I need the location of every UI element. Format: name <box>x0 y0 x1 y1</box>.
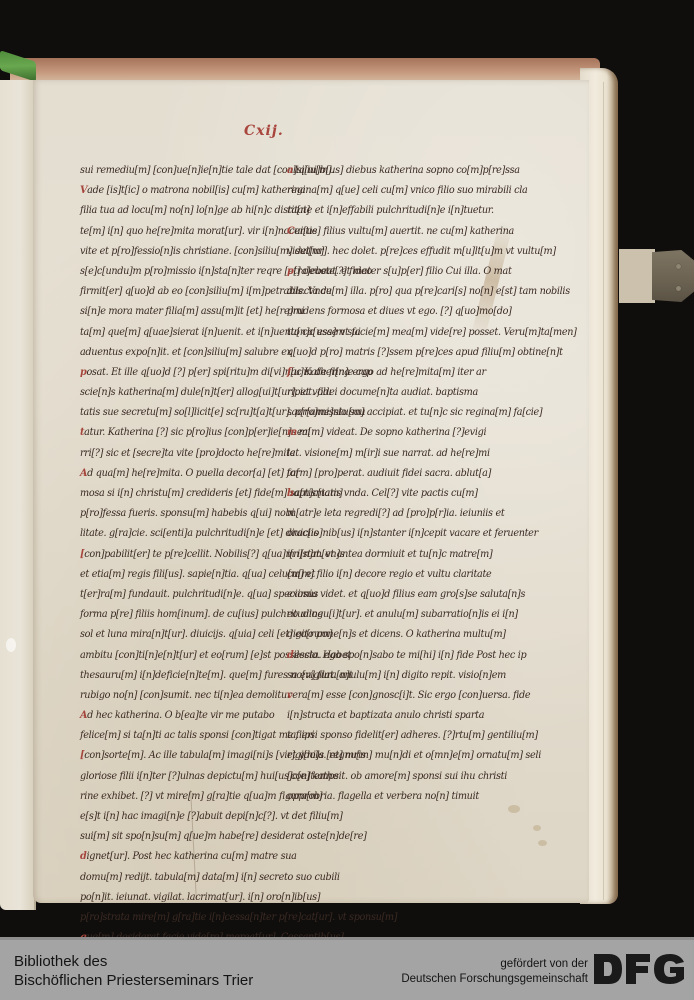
manuscript-line: tu[n]c esse vt facie[m] mea[m] vide[re] … <box>287 322 577 342</box>
manuscript-line: videt[ur]. hec dolet. p[re]ces effudit m… <box>287 241 577 261</box>
rubric-initial: V <box>80 184 87 196</box>
manuscript-line: ta. ipsi sponso fidelit[er] adheres. [?]… <box>287 725 577 745</box>
manuscript-line: aliq[ui]b[us] diebus katherina sopno co[… <box>287 160 577 180</box>
text-column-right: aliq[ui]b[us] diebus katherina sopno co[… <box>287 160 577 806</box>
manuscript-line: i[n]stat. vt antea dormiuit et tu[n]c ma… <box>287 544 577 564</box>
institution-name: Bibliothek des Bischöflichen Priestersem… <box>14 952 253 990</box>
manuscript-line: sacr[ame]ntu[m] accipiat. et tu[n]c sic … <box>287 402 577 422</box>
rubric-initial: d <box>80 850 86 862</box>
manuscript-line: ripiat. fidei docume[n]ta audiat. baptis… <box>287 382 577 402</box>
rubric-initial: [ <box>80 749 84 761</box>
rubric-initial: C <box>287 225 294 237</box>
manuscript-line: prudens formosa et diues vt ego. [?] q[u… <box>287 301 577 321</box>
funding-line-2: Deutschen Forschungsgemeinschaft <box>401 972 588 987</box>
manuscript-line: baptismatis vnda. Cel[?] vite pactis cu[… <box>287 483 577 503</box>
rubric-initial: t <box>80 426 84 438</box>
manuscript-line: po[n]it. ieiunat. vigilat. lacrimat[ur].… <box>80 887 397 907</box>
manuscript-line: domu[m] redijt. tabula[m] data[m] i[n] s… <box>80 867 397 887</box>
metal-clasp-icon <box>652 250 694 302</box>
manuscript-line: ritate et i[n]effabili pulchritudi[n]e i… <box>287 200 577 220</box>
manuscript-line: ta[m] [pro]perat. audiuit fidei sacra. a… <box>287 463 577 483</box>
funding-credit: gefördert von der Deutschen Forschungsge… <box>401 957 588 987</box>
funding-line-1: gefördert von der <box>401 957 588 972</box>
manuscript-line: Cui[us] filius vultu[m] auertit. ne cu[m… <box>287 221 577 241</box>
institution-line-2: Bischöflichen Priesterseminars Trier <box>14 971 253 990</box>
manuscript-line: dilecta cu[m] illa. p[ro] qua p[re]cari[… <box>287 281 577 301</box>
manuscript-line: dilecta. ego spo[n]sabo te mi[hi] i[n] f… <box>287 645 577 665</box>
manuscript-line: e[s]t i[n] hac imagi[n]e [?]abuit depi[n… <box>80 806 397 826</box>
manuscript-line: orac[io]nib[us] i[n]stanter i[n]cepit va… <box>287 523 577 543</box>
clasp-strap <box>619 249 655 303</box>
manuscript-line: fac Katherina ergo ad he[re]mita[m] iter… <box>287 362 577 382</box>
manuscript-line: cu[m] filio i[n] decore regio et vultu c… <box>287 564 577 584</box>
rubric-initial: p <box>80 366 86 378</box>
manuscript-line: opprobria. flagella et verbera no[n] tim… <box>287 786 577 806</box>
page-stack-lines <box>588 82 604 900</box>
manuscript-scan: Cxij. sui remediu[m] [con]ue[n]ie[n]tie … <box>0 0 694 937</box>
rubric-initial: b <box>287 487 293 499</box>
manuscript-line: et ydola. regnu[m] mu[n]di et o[mn]e[m] … <box>287 745 577 765</box>
manuscript-line: que[m] desiderat facie vide[re] mereat[u… <box>80 927 397 937</box>
rubric-initial: v <box>287 689 292 701</box>
manuscript-line: lat. visione[m] m[ir]i sue narrat. ad he… <box>287 443 577 463</box>
manuscript-line: p[ro]strata mire[m] g[ra]tie i[n]cessa[n… <box>80 907 397 927</box>
rubric-initial: a <box>287 164 293 176</box>
folio-number: Cxij. <box>244 123 284 139</box>
manuscript-line: sa evigilat. anulu[m] i[n] digito repit.… <box>287 665 577 685</box>
manuscript-line: vera[m] esse [con]gnosc[i]t. Sic ergo [c… <box>287 685 577 705</box>
manuscript-line: dignet[ur]. Post hec katherina cu[m] mat… <box>80 846 397 866</box>
manuscript-line: digito pone[n]s et dicens. O katherina m… <box>287 624 577 644</box>
manuscript-line: p[ra]ebeat. et mater s[u]p[er] filio Cui… <box>287 261 577 281</box>
institution-line-1: Bibliothek des <box>14 952 253 971</box>
manuscript-line: eximia videt. et q[uo]d filius eam gro[s… <box>287 584 577 604</box>
footer-bar: Bibliothek des Bischöflichen Priestersem… <box>0 937 694 1000</box>
rubric-initial: p <box>287 265 293 277</box>
rubric-initial: A <box>80 709 87 721</box>
manuscript-line: [con]tempsit. ob amore[m] sponsi sui ihu… <box>287 766 577 786</box>
dfg-logo-icon <box>592 952 686 986</box>
manuscript-line: m[atr]e leta regredi[?] ad [pro]p[r]ia. … <box>287 503 577 523</box>
rubric-initial: d <box>287 649 293 661</box>
rubric-initial: f <box>287 366 291 378</box>
manuscript-line: i[n]structa et baptizata anulo christi s… <box>287 705 577 725</box>
verso-page-edge <box>0 80 36 910</box>
manuscript-line: eo allogu[i]t[ur]. et anulu[m] subarrati… <box>287 604 577 624</box>
manuscript-line: q[uo]d p[ro] matris [?]ssem p[re]ces apu… <box>287 342 577 362</box>
rubric-initial: m <box>287 426 297 438</box>
manuscript-line: sui[m] sit spo[n]su[m] q[ue]m habe[re] d… <box>80 826 397 846</box>
rubric-initial: A <box>80 467 87 479</box>
manuscript-line: mea[m] videat. De sopno katherina [?]evi… <box>287 422 577 442</box>
rubric-initial: [ <box>80 548 84 560</box>
manuscript-line: regina[m] q[ue] celi cu[m] vnico filio s… <box>287 180 577 200</box>
